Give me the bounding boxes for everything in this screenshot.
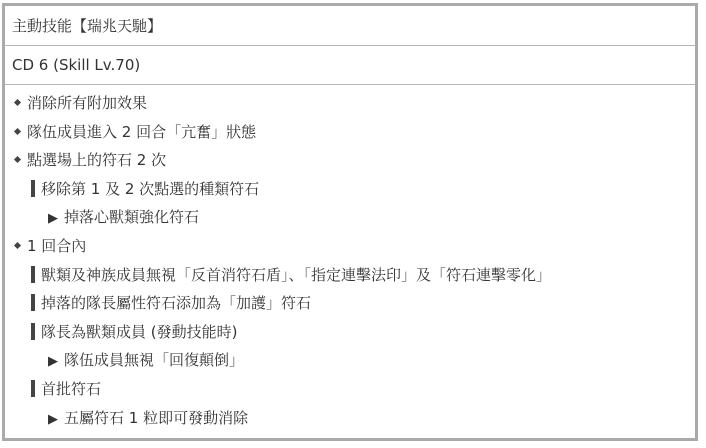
effect-subsubline: ▶五屬符石 1 粒即可發動消除 xyxy=(12,404,688,433)
vertical-bar-icon xyxy=(31,294,35,311)
effect-text: 掉落心獸類強化符石 xyxy=(64,208,199,226)
effect-text: 移除第 1 及 2 次點選的種類符石 xyxy=(41,180,259,198)
effect-text: 首批符石 xyxy=(41,380,101,398)
effect-subline: 隊長為獸類成員 (發動技能時) xyxy=(12,318,688,347)
effect-text: 掉落的隊長屬性符石添加為「加護」符石 xyxy=(41,294,311,312)
diamond-bullet-icon xyxy=(14,128,21,135)
effect-subsubline: ▶掉落心獸類強化符石 xyxy=(12,203,688,232)
diamond-bullet-icon xyxy=(14,99,21,106)
skill-title: 主動技能【瑞兆天馳】 xyxy=(12,17,162,35)
vertical-bar-icon xyxy=(31,180,35,197)
effect-text: 點選場上的符石 2 次 xyxy=(27,151,166,169)
triangle-arrow-icon: ▶ xyxy=(48,348,58,377)
effect-line: 隊伍成員進入 2 回合「亢奮」狀態 xyxy=(12,118,688,147)
vertical-bar-icon xyxy=(31,323,35,340)
effect-text: 五屬符石 1 粒即可發動消除 xyxy=(64,409,248,427)
effect-text: 隊長為獸類成員 (發動技能時) xyxy=(41,323,237,341)
skill-effects: 消除所有附加效果 隊伍成員進入 2 回合「亢奮」狀態 點選場上的符石 2 次 移… xyxy=(5,85,695,438)
effect-subline: 獸類及神族成員無視「反首消符石盾」、「指定連擊法印」及「符石連擊零化」 xyxy=(12,261,688,290)
effect-subline: 首批符石 xyxy=(12,375,688,404)
effect-text: 獸類及神族成員無視「反首消符石盾」、「指定連擊法印」及「符石連擊零化」 xyxy=(41,266,551,284)
effect-subsubline: ▶隊伍成員無視「回復顛倒」 xyxy=(12,346,688,375)
vertical-bar-icon xyxy=(31,266,35,283)
vertical-bar-icon xyxy=(31,380,35,397)
skill-title-row: 主動技能【瑞兆天馳】 xyxy=(5,6,695,46)
effect-subline: 掉落的隊長屬性符石添加為「加護」符石 xyxy=(12,289,688,318)
effect-line: 點選場上的符石 2 次 xyxy=(12,146,688,175)
diamond-bullet-icon xyxy=(14,242,21,249)
effect-subline: 移除第 1 及 2 次點選的種類符石 xyxy=(12,175,688,204)
effect-text: 1 回合內 xyxy=(27,237,86,255)
skill-table: 主動技能【瑞兆天馳】 CD 6 (Skill Lv.70) 消除所有附加效果 隊… xyxy=(2,3,698,441)
skill-cooldown-row: CD 6 (Skill Lv.70) xyxy=(5,46,695,85)
effect-line: 1 回合內 xyxy=(12,232,688,261)
triangle-arrow-icon: ▶ xyxy=(48,406,58,435)
effect-text: 隊伍成員進入 2 回合「亢奮」狀態 xyxy=(27,123,256,141)
effect-text: 隊伍成員無視「回復顛倒」 xyxy=(64,351,244,369)
triangle-arrow-icon: ▶ xyxy=(48,205,58,234)
skill-cooldown: CD 6 (Skill Lv.70) xyxy=(12,56,140,74)
diamond-bullet-icon xyxy=(14,156,21,163)
effect-line: 消除所有附加效果 xyxy=(12,89,688,118)
effect-text: 消除所有附加效果 xyxy=(27,94,147,112)
